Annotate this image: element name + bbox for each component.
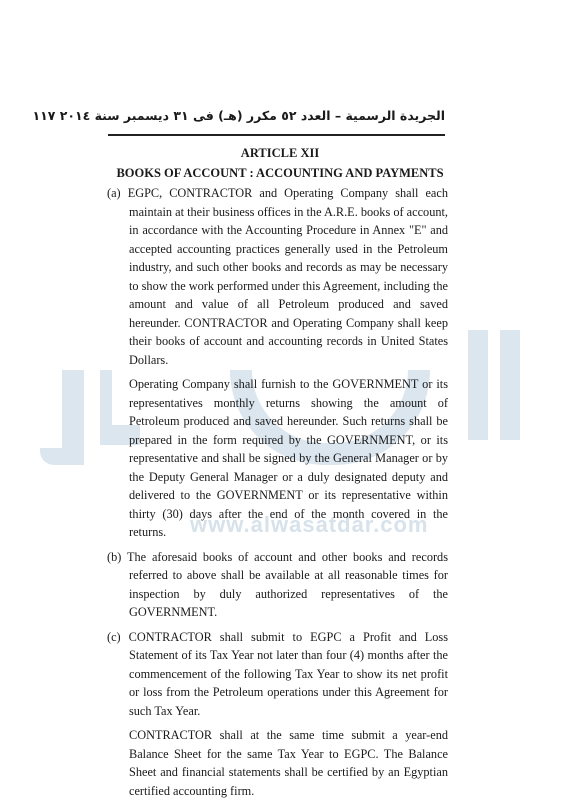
- paragraph-a-continued: Operating Company shall furnish to the G…: [107, 375, 448, 542]
- paragraph-marker: (b): [107, 550, 121, 564]
- paragraph-text: Operating Company shall furnish to the G…: [129, 377, 448, 539]
- paragraph-text: CONTRACTOR shall at the same time submit…: [129, 728, 448, 798]
- paragraph-c: (c) CONTRACTOR shall submit to EGPC a Pr…: [107, 628, 448, 721]
- paragraph-text: The aforesaid books of account and other…: [127, 550, 448, 620]
- article-title: BOOKS OF ACCOUNT : ACCOUNTING AND PAYMEN…: [100, 166, 460, 181]
- document-page: الجريدة الرسمية – العدد ٥٢ مكرر (هـ) فى …: [0, 0, 565, 800]
- paragraph-c-continued: CONTRACTOR shall at the same time submit…: [107, 726, 448, 800]
- article-number: ARTICLE XII: [100, 146, 460, 161]
- paragraph-text: EGPC, CONTRACTOR and Operating Company s…: [128, 186, 448, 367]
- paragraph-a: (a) EGPC, CONTRACTOR and Operating Compa…: [107, 184, 448, 369]
- article-body: (a) EGPC, CONTRACTOR and Operating Compa…: [107, 184, 448, 800]
- paragraph-marker: (a): [107, 186, 121, 200]
- paragraph-text: CONTRACTOR shall submit to EGPC a Profit…: [129, 630, 448, 718]
- paragraph-marker: (c): [107, 630, 121, 644]
- paragraph-b: (b) The aforesaid books of account and o…: [107, 548, 448, 622]
- header-rule: [108, 134, 445, 136]
- running-header: الجريدة الرسمية – العدد ٥٢ مكرر (هـ) فى …: [108, 108, 445, 123]
